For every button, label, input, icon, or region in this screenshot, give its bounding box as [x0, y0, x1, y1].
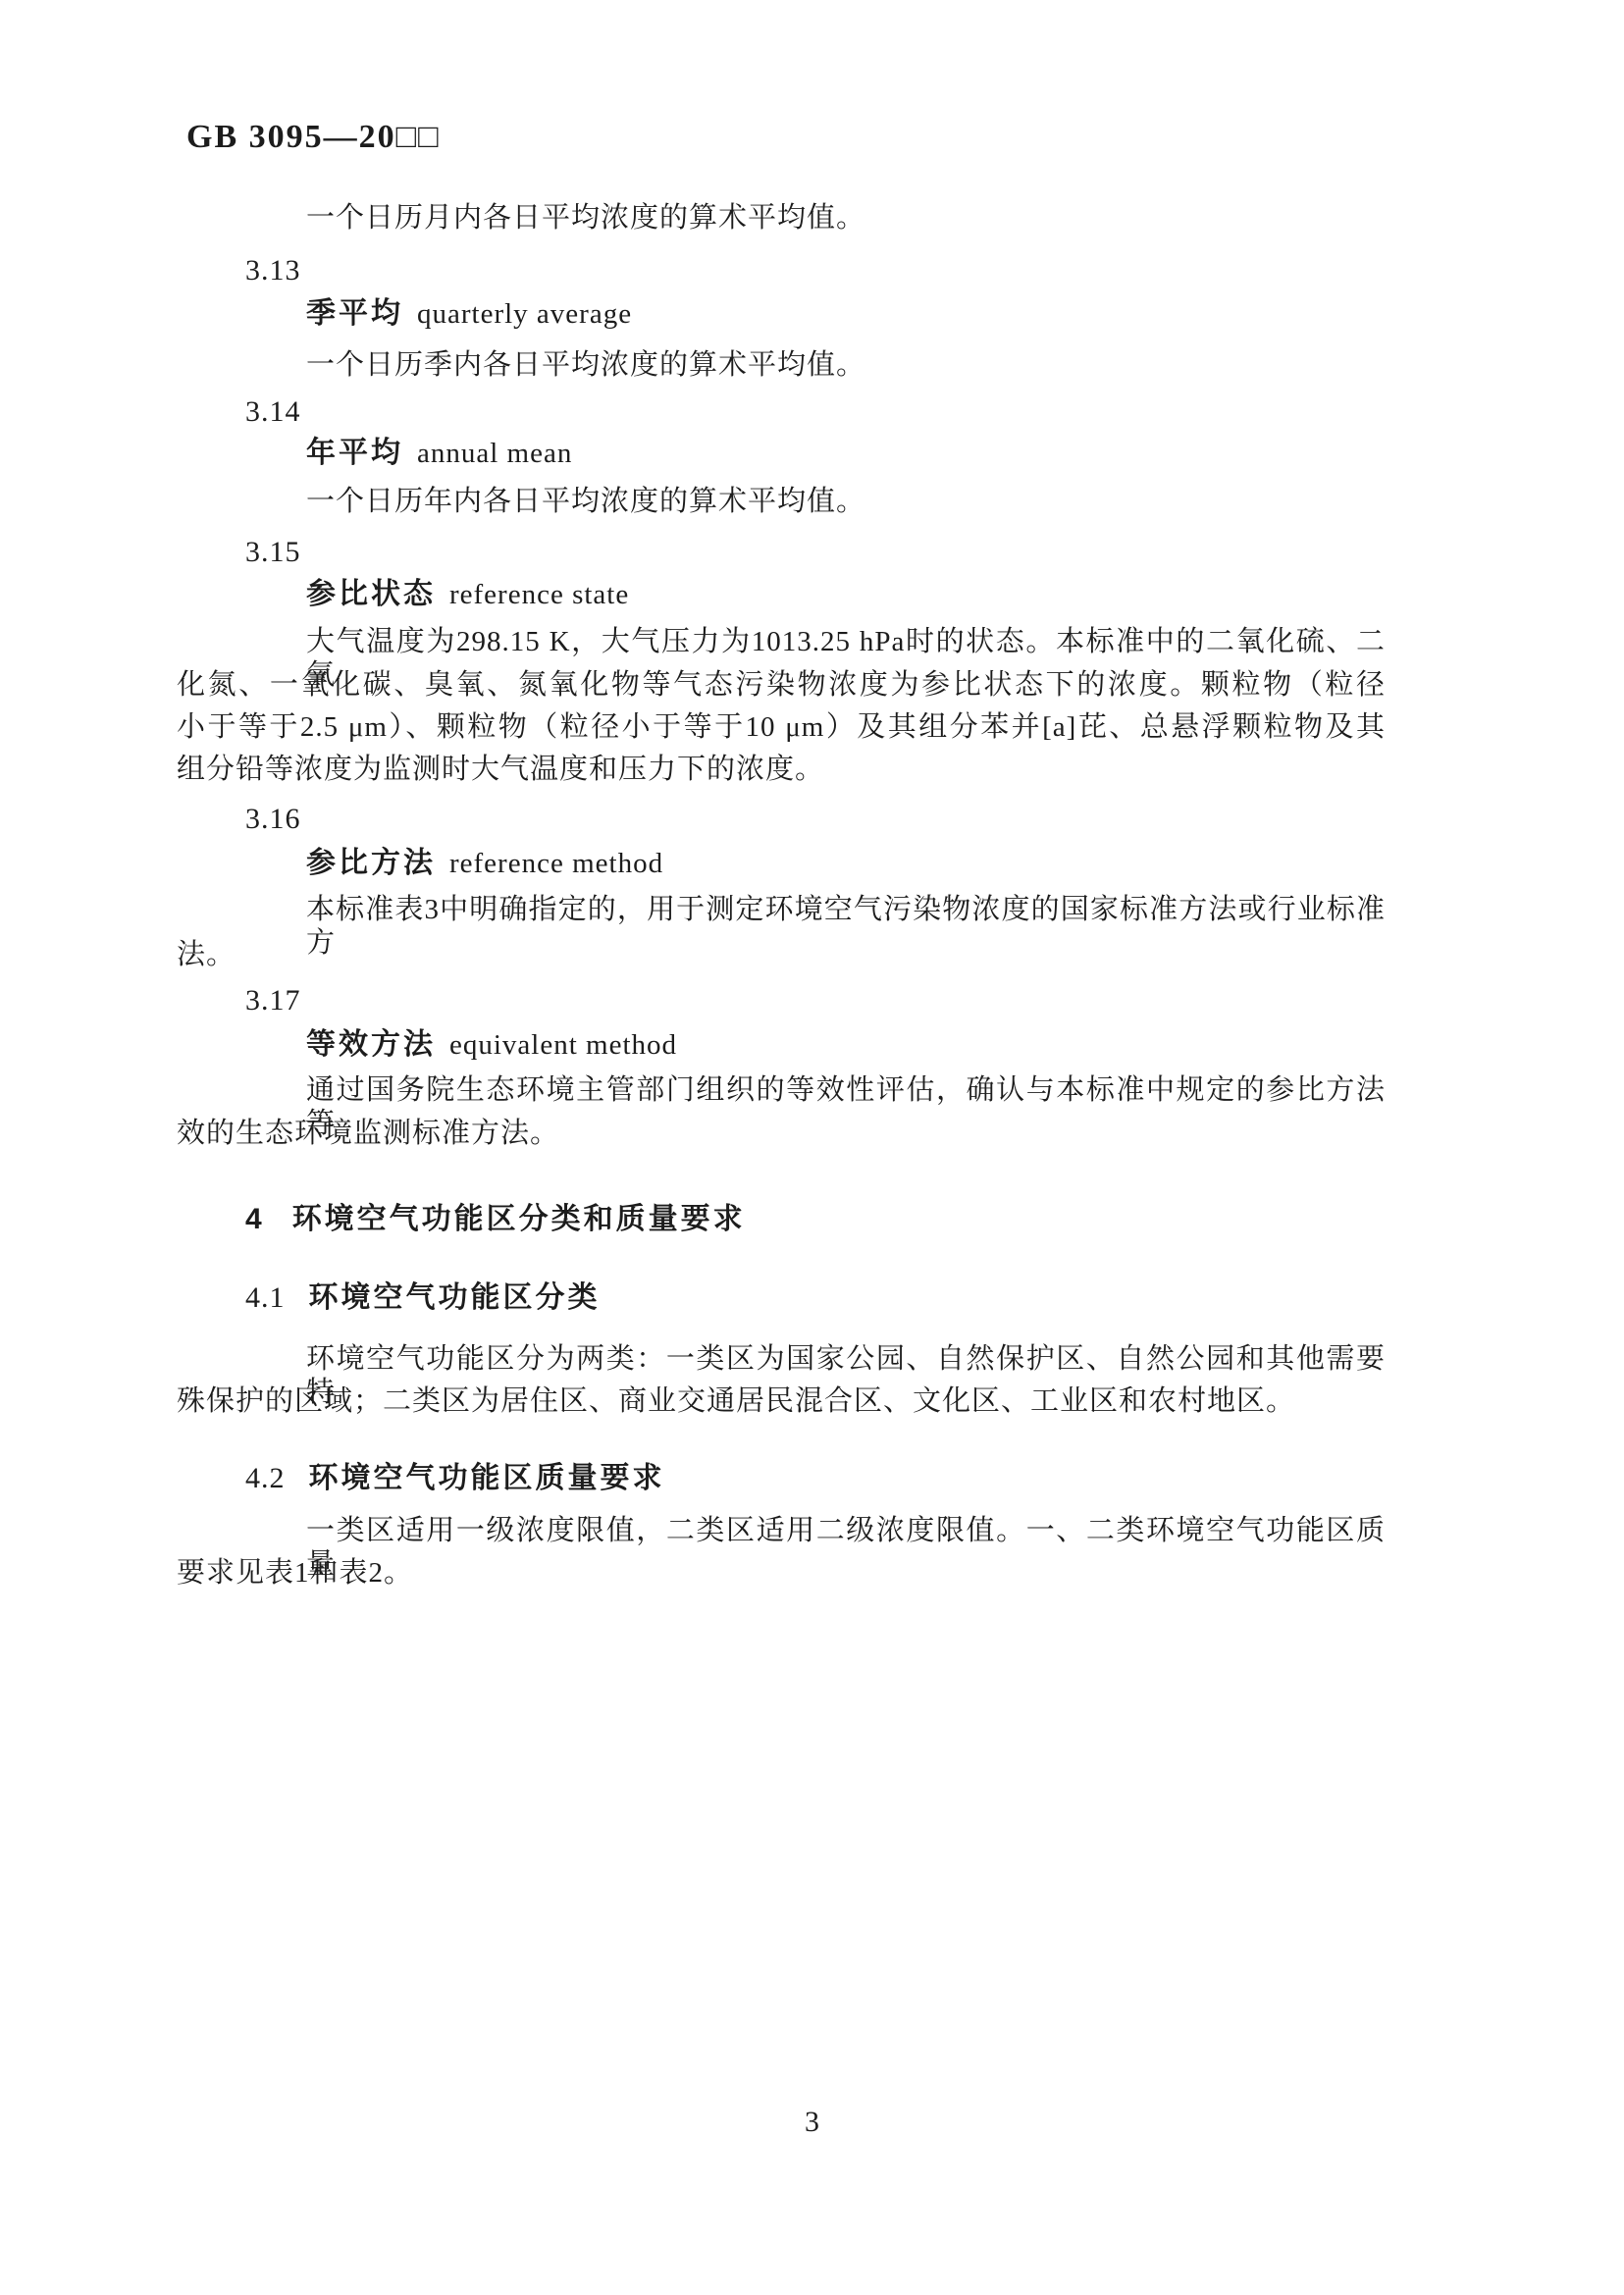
document-page: GB 3095—20□□ 一个日历月内各日平均浓度的算术平均值。 3.13 季平…: [0, 0, 1624, 2295]
term-zh-reference-method: 参比方法: [306, 847, 436, 879]
term-zh-annual-mean: 年平均: [306, 437, 403, 469]
section-4-2-heading: 4.2环境空气功能区质量要求: [245, 1462, 665, 1495]
section-4-1-number: 4.1: [245, 1281, 286, 1314]
term-en-equivalent-method: equivalent method: [449, 1029, 677, 1061]
clause-number-3-15: 3.15: [245, 536, 301, 569]
term-line-3-16: 参比方法reference method: [306, 847, 663, 880]
term-line-3-13: 季平均quarterly average: [306, 297, 632, 331]
clause-3-15-definition-line-4: 组分铅等浓度为监测时大气温度和压力下的浓度。: [177, 753, 824, 786]
term-zh-equivalent-method: 等效方法: [306, 1028, 436, 1061]
term-en-reference-state: reference state: [449, 579, 629, 610]
term-line-3-15: 参比状态reference state: [306, 578, 629, 611]
section-4-2-title: 环境空气功能区质量要求: [309, 1462, 665, 1494]
clause-number-3-17: 3.17: [245, 984, 301, 1017]
clause-3-17-definition-line-2: 效的生态环境监测标准方法。: [177, 1117, 559, 1150]
term-line-3-17: 等效方法equivalent method: [306, 1028, 677, 1062]
clause-3-13-definition-line: 一个日历季内各日平均浓度的算术平均值。: [306, 348, 865, 382]
term-en-annual-mean: annual mean: [417, 438, 572, 469]
clause-number-3-14: 3.14: [245, 395, 301, 429]
clause-3-12-definition-line: 一个日历月内各日平均浓度的算术平均值。: [306, 201, 865, 235]
section-4-1-title: 环境空气功能区分类: [309, 1281, 601, 1314]
chapter-4-heading: 4环境空气功能区分类和质量要求: [245, 1203, 746, 1236]
clause-3-15-definition-line-3: 小于等于2.5 μm）、颗粒物（粒径小于等于10 μm）及其组分苯并[a]芘、总…: [177, 710, 1386, 744]
chapter-4-number: 4: [245, 1203, 263, 1235]
term-line-3-14: 年平均annual mean: [306, 437, 572, 470]
section-4-1-heading: 4.1环境空气功能区分类: [245, 1281, 601, 1315]
header-standard-code: GB 3095—20□□: [186, 119, 441, 156]
section-4-2-number: 4.2: [245, 1462, 286, 1494]
section-4-2-paragraph-line-2: 要求见表1和表2。: [177, 1556, 413, 1590]
term-zh-reference-state: 参比状态: [306, 578, 436, 610]
clause-3-16-definition-line-1: 本标准表3中明确指定的，用于测定环境空气污染物浓度的国家标准方法或行业标准方: [306, 893, 1386, 960]
term-en-reference-method: reference method: [449, 848, 663, 879]
section-4-1-paragraph-line-2: 殊保护的区域；二类区为居住区、商业交通居民混合区、文化区、工业区和农村地区。: [177, 1384, 1295, 1418]
term-zh-quarterly-average: 季平均: [306, 297, 403, 330]
term-en-quarterly-average: quarterly average: [417, 298, 632, 330]
clause-3-14-definition-line: 一个日历年内各日平均浓度的算术平均值。: [306, 485, 865, 518]
clause-3-16-definition-line-2: 法。: [177, 938, 236, 971]
clause-3-15-definition-line-2: 化氮、一氧化碳、臭氧、氮氧化物等气态污染物浓度为参比状态下的浓度。颗粒物（粒径: [177, 668, 1386, 702]
page-number: 3: [0, 2106, 1624, 2139]
clause-number-3-16: 3.16: [245, 803, 301, 836]
clause-number-3-13: 3.13: [245, 254, 301, 287]
chapter-4-title: 环境空气功能区分类和质量要求: [292, 1203, 746, 1235]
section-4-2-paragraph-line-1: 一类区适用一级浓度限值，二类区适用二级浓度限值。一、二类环境空气功能区质量: [306, 1514, 1386, 1581]
